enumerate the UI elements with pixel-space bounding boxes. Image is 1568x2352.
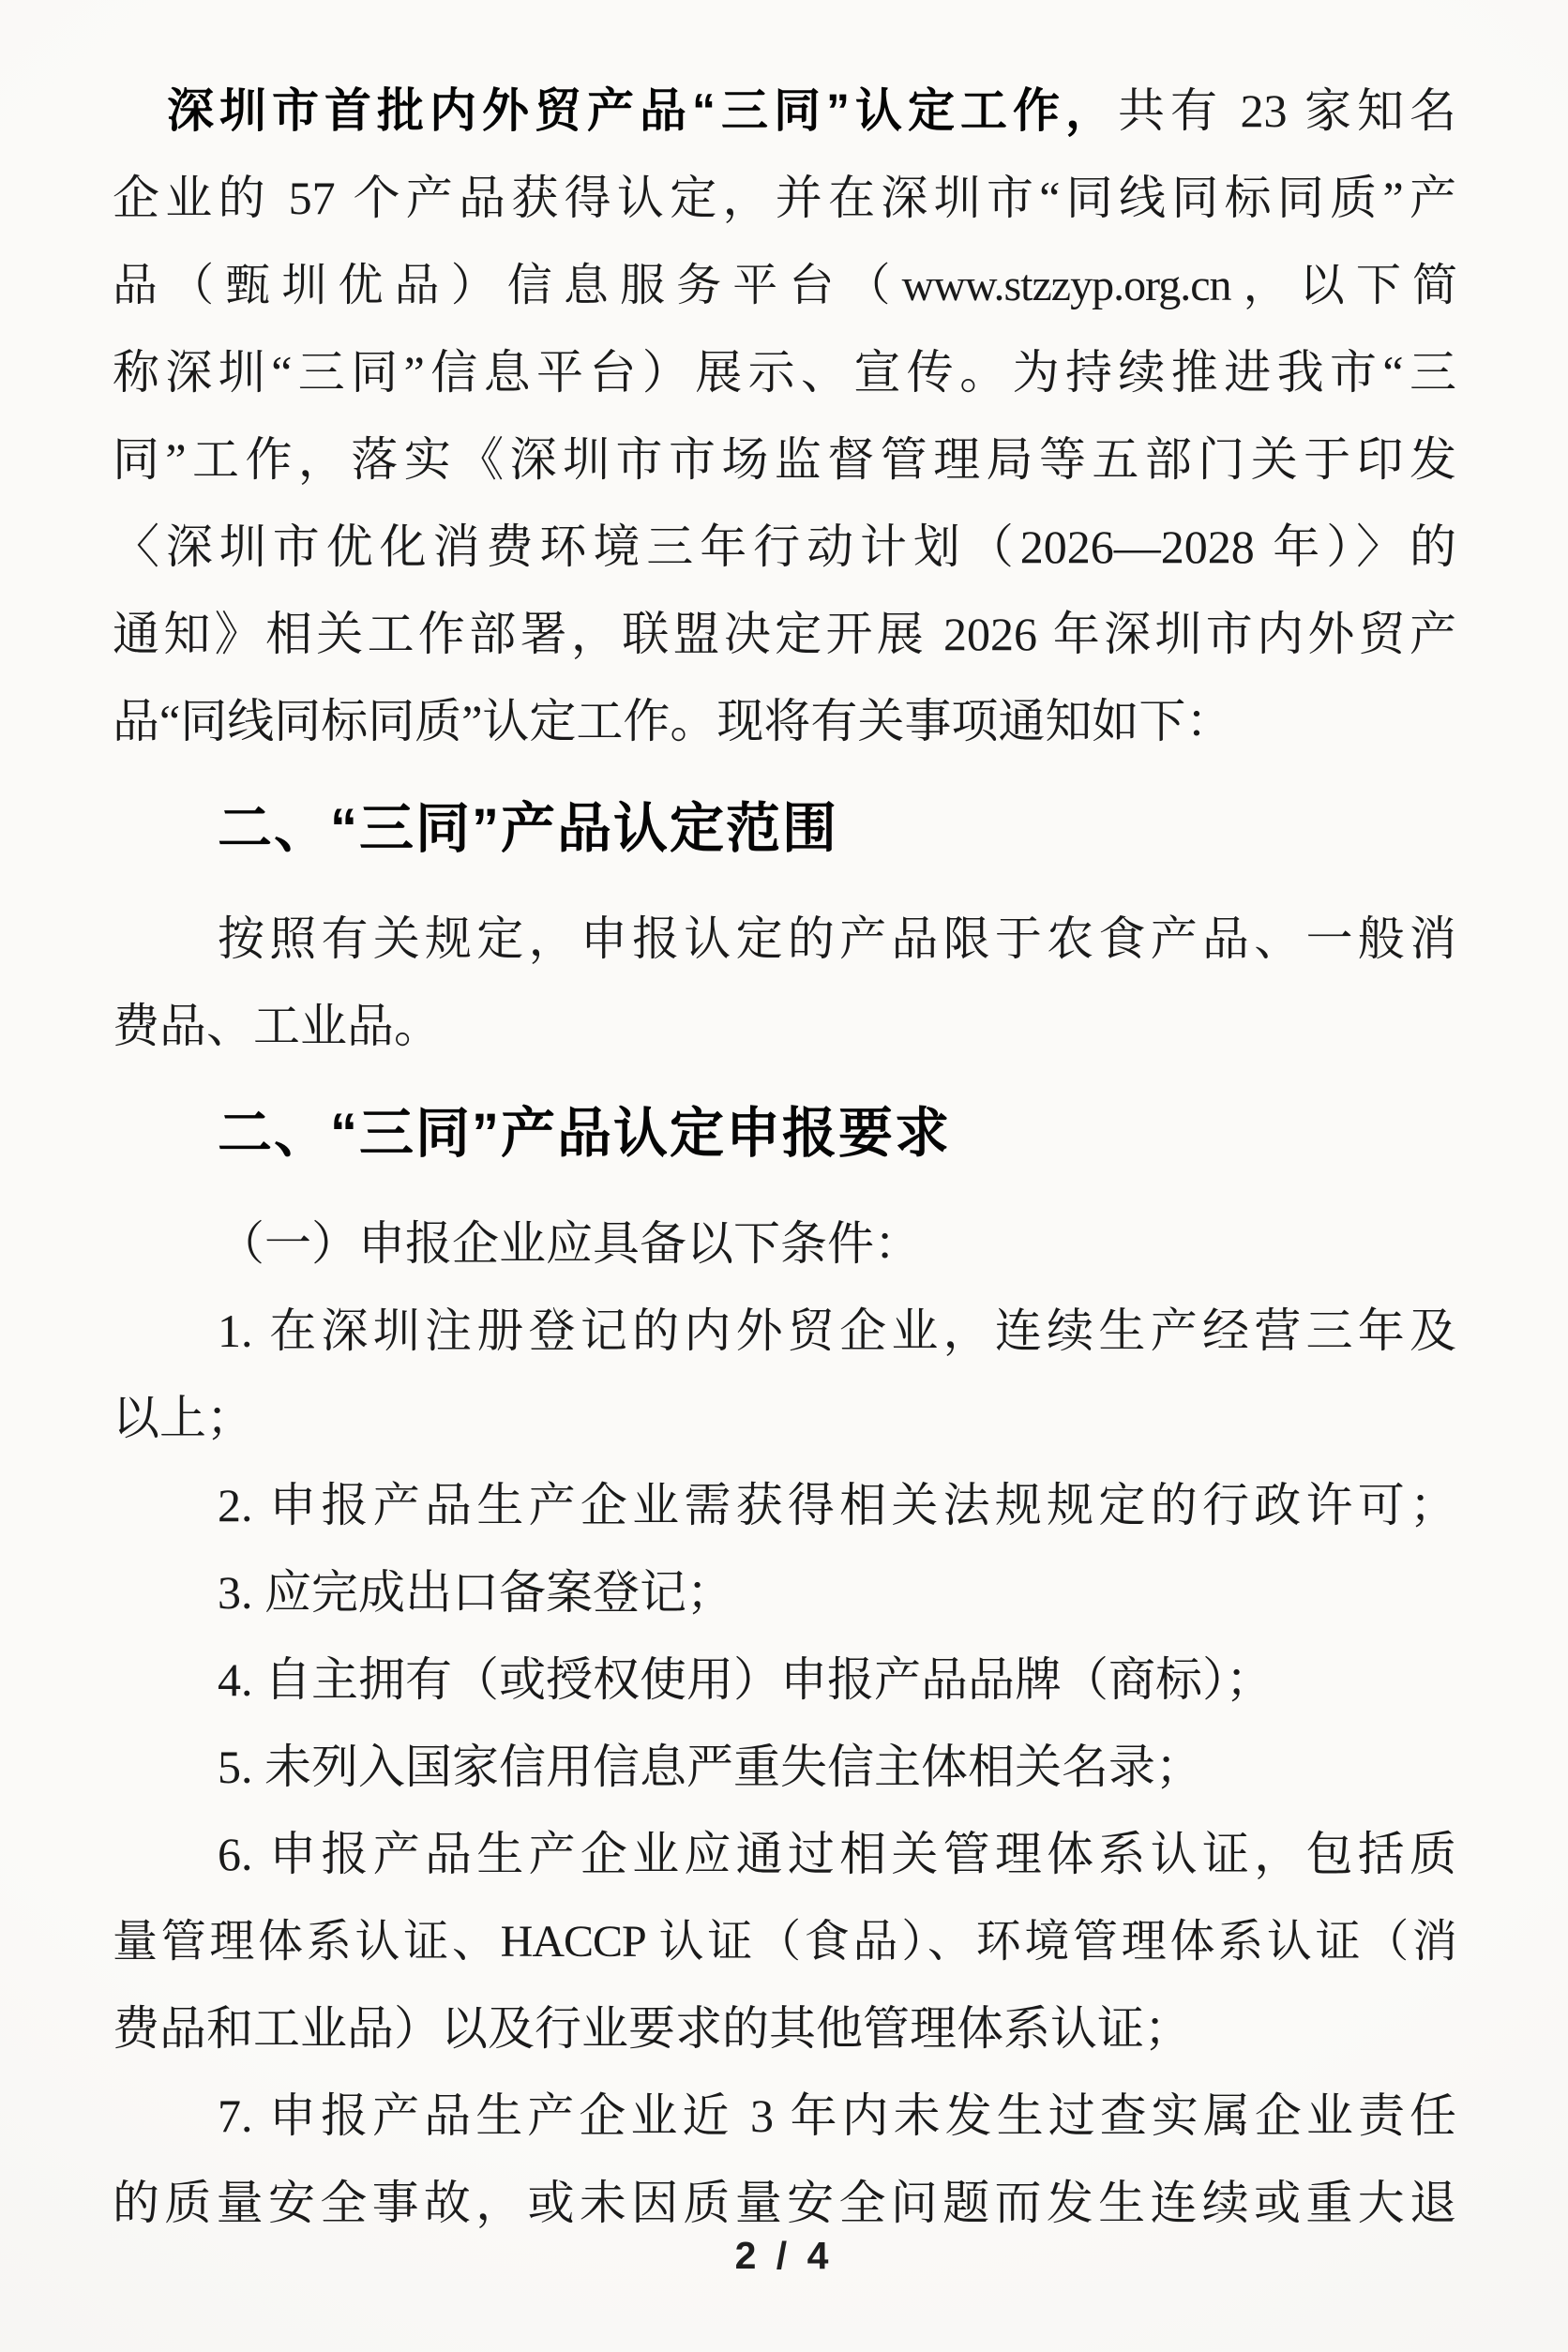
paragraph1-line8: 品“同线同标同质”认定工作。现将有关事项通知如下： bbox=[113, 678, 1456, 765]
paragraph1-line4: 称深圳“三同”信息平台）展示、宣传。为持续推进我市“三 bbox=[113, 329, 1456, 416]
page-number: 2 / 4 bbox=[0, 2234, 1568, 2278]
paragraph1-line1: 深圳市首批内外贸产品“三同”认定工作，共有 23 家知名 bbox=[113, 68, 1456, 155]
condition-item-4: 4. 自主拥有（或授权使用）申报产品品牌（商标）； bbox=[113, 1636, 1456, 1724]
condition-item-3: 3. 应完成出口备案登记； bbox=[113, 1549, 1456, 1636]
paragraph1-line1-rest: 共有 23 家知名 bbox=[1118, 84, 1456, 137]
bold-lead-text: 深圳市首批内外贸产品“三同”认定工作， bbox=[167, 84, 1118, 137]
document-page: 深圳市首批内外贸产品“三同”认定工作，共有 23 家知名 企业的 57 个产品获… bbox=[0, 0, 1568, 2352]
condition-item-5: 5. 未列入国家信用信息严重失信主体相关名录； bbox=[113, 1724, 1456, 1811]
paragraph1-line6: 〈深圳市优化消费环境三年行动计划（2026—2028 年）〉的 bbox=[113, 504, 1456, 591]
paragraph1-line3: 品（甄圳优品）信息服务平台（www.stzzyp.org.cn，以下简 bbox=[113, 242, 1456, 329]
section-heading-requirements: 二、“三同”产品认定申报要求 bbox=[113, 1090, 1456, 1177]
scope-paragraph-line2: 费品、工业品。 bbox=[113, 983, 1456, 1070]
condition-item-6-line3: 费品和工业品）以及行业要求的其他管理体系认证； bbox=[113, 1985, 1456, 2073]
scope-paragraph-line1: 按照有关规定，申报认定的产品限于农食产品、一般消 bbox=[113, 896, 1456, 983]
condition-item-2: 2. 申报产品生产企业需获得相关法规规定的行政许可； bbox=[113, 1462, 1456, 1549]
section-heading-scope: 二、“三同”产品认定范围 bbox=[113, 785, 1456, 872]
document-text-block: 深圳市首批内外贸产品“三同”认定工作，共有 23 家知名 企业的 57 个产品获… bbox=[113, 68, 1456, 2247]
subsection-conditions-label: （一）申报企业应具备以下条件： bbox=[113, 1200, 1456, 1288]
condition-item-6-line1: 6. 申报产品生产企业应通过相关管理体系认证，包括质 bbox=[113, 1811, 1456, 1898]
condition-item-6-line2: 量管理体系认证、HACCP 认证（食品）、环境管理体系认证（消 bbox=[113, 1898, 1456, 1985]
condition-item-1-line2: 以上； bbox=[113, 1375, 1456, 1462]
paragraph1-line5: 同”工作，落实《深圳市市场监督管理局等五部门关于印发 bbox=[113, 416, 1456, 504]
paragraph1-line7: 通知》相关工作部署，联盟决定开展 2026 年深圳市内外贸产 bbox=[113, 591, 1456, 678]
condition-item-7-line1: 7. 申报产品生产企业近 3 年内未发生过查实属企业责任 bbox=[113, 2073, 1456, 2160]
condition-item-1-line1: 1. 在深圳注册登记的内外贸企业，连续生产经营三年及 bbox=[113, 1288, 1456, 1375]
paragraph1-line2: 企业的 57 个产品获得认定，并在深圳市“同线同标同质”产 bbox=[113, 155, 1456, 242]
